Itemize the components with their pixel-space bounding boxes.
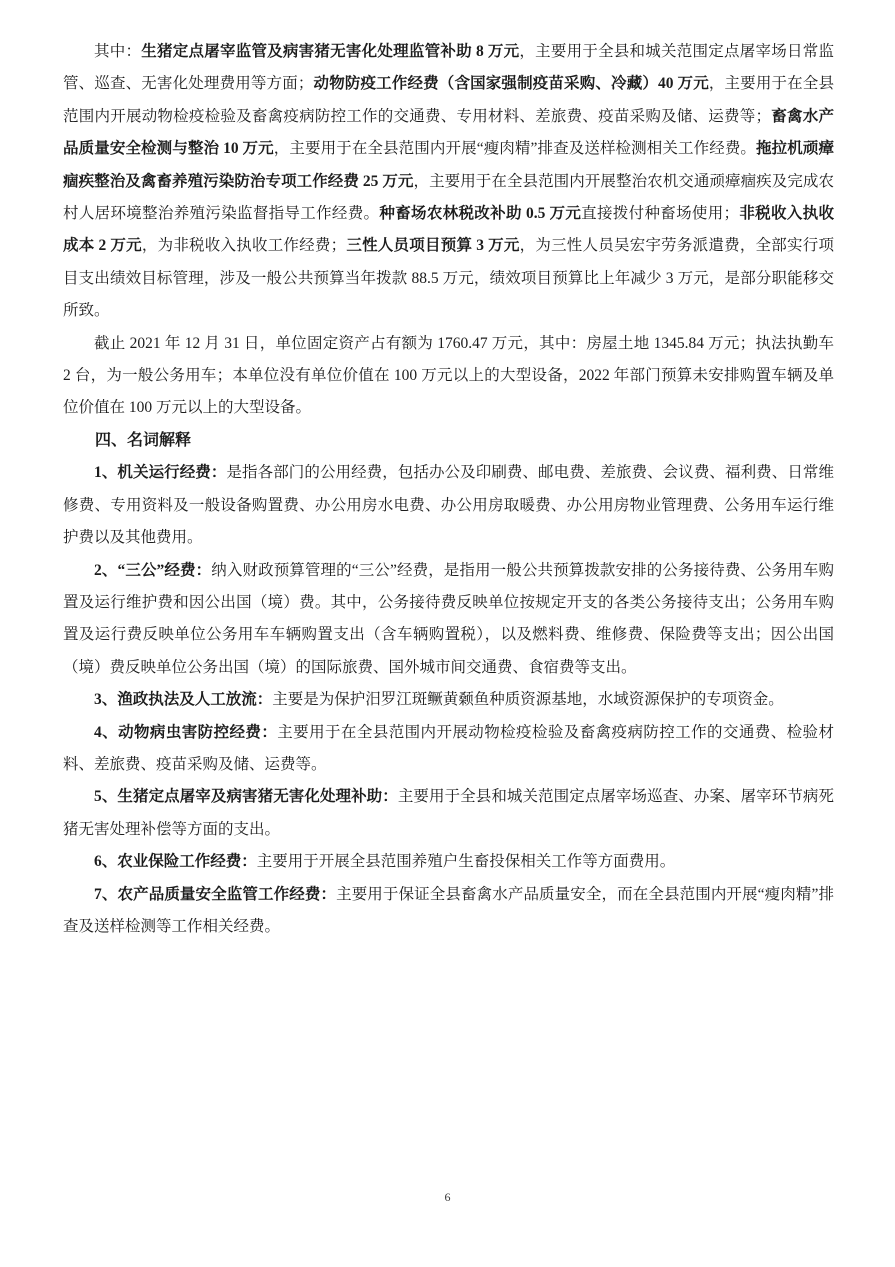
para-fixed-assets: 截止 2021 年 12 月 31 日，单位固定资产占有额为 1760.47 万… xyxy=(63,328,834,425)
text-run: ，为非税收入执收工作经费； xyxy=(142,237,346,254)
text-run: 直接拨付种畜场使用； xyxy=(581,205,739,222)
bold-text-run: 6、农业保险工作经费： xyxy=(94,853,257,870)
bold-text-run: 2、“三公”经费： xyxy=(94,562,211,579)
page-number: 6 xyxy=(0,1190,895,1205)
bold-text-run: 动物防疫工作经费（含国家强制疫苗采购、冷藏）40 万元 xyxy=(313,75,708,92)
bold-text-run: 三性人员项目预算 3 万元 xyxy=(346,237,519,254)
glossary-item-6: 6、农业保险工作经费：主要用于开展全县范围养殖户生畜投保相关工作等方面费用。 xyxy=(63,846,834,878)
glossary-item-7: 7、农产品质量安全监管工作经费：主要用于保证全县畜禽水产品质量安全，而在全县范围… xyxy=(63,879,834,944)
bold-text-run: 生猪定点屠宰监管及病害猪无害化处理监管补助 8 万元 xyxy=(141,43,519,60)
glossary-item-5: 5、生猪定点屠宰及病害猪无害化处理补助：主要用于全县和城关范围定点屠宰场巡查、办… xyxy=(63,781,834,846)
bold-text-run: 5、生猪定点屠宰及病害猪无害化处理补助： xyxy=(94,788,398,805)
text-run: 主要用于开展全县范围养殖户生畜投保相关工作等方面费用。 xyxy=(257,853,676,870)
para-project-funds-detail: 其中：生猪定点屠宰监管及病害猪无害化处理监管补助 8 万元，主要用于全县和城关范… xyxy=(63,36,834,328)
bold-text-run: 4、动物病虫害防控经费： xyxy=(94,724,277,741)
bold-text-run: 1、机关运行经费： xyxy=(94,464,226,481)
text-run: ，主要用于在全县范围内开展“瘦肉精”排查及送样检测相关工作经费。 xyxy=(274,140,756,157)
section-heading-glossary: 四、名词解释 xyxy=(63,425,834,457)
glossary-item-2: 2、“三公”经费：纳入财政预算管理的“三公”经费，是指用一般公共预算拨款安排的公… xyxy=(63,555,834,685)
glossary-item-1: 1、机关运行经费：是指各部门的公用经费，包括办公及印刷费、邮电费、差旅费、会议费… xyxy=(63,457,834,554)
bold-text-run: 3、渔政执法及人工放流： xyxy=(94,691,272,708)
bold-text-run: 7、农产品质量安全监管工作经费： xyxy=(94,886,336,903)
text-run: 主要是为保护汨罗江斑鳜黄颡鱼种质资源基地，水域资源保护的专项资金。 xyxy=(272,691,784,708)
document-page: 其中：生猪定点屠宰监管及病害猪无害化处理监管补助 8 万元，主要用于全县和城关范… xyxy=(0,0,895,1267)
document-body: 其中：生猪定点屠宰监管及病害猪无害化处理监管补助 8 万元，主要用于全县和城关范… xyxy=(63,36,834,943)
text-run: 其中： xyxy=(94,43,141,60)
bold-text-run: 四、名词解释 xyxy=(95,432,191,449)
glossary-item-3: 3、渔政执法及人工放流：主要是为保护汨罗江斑鳜黄颡鱼种质资源基地，水域资源保护的… xyxy=(63,684,834,716)
glossary-item-4: 4、动物病虫害防控经费：主要用于在全县范围内开展动物检疫检验及畜禽疫病防控工作的… xyxy=(63,717,834,782)
text-run: 截止 2021 年 12 月 31 日，单位固定资产占有额为 1760.47 万… xyxy=(63,335,834,417)
bold-text-run: 种畜场农林税改补助 0.5 万元 xyxy=(379,205,581,222)
